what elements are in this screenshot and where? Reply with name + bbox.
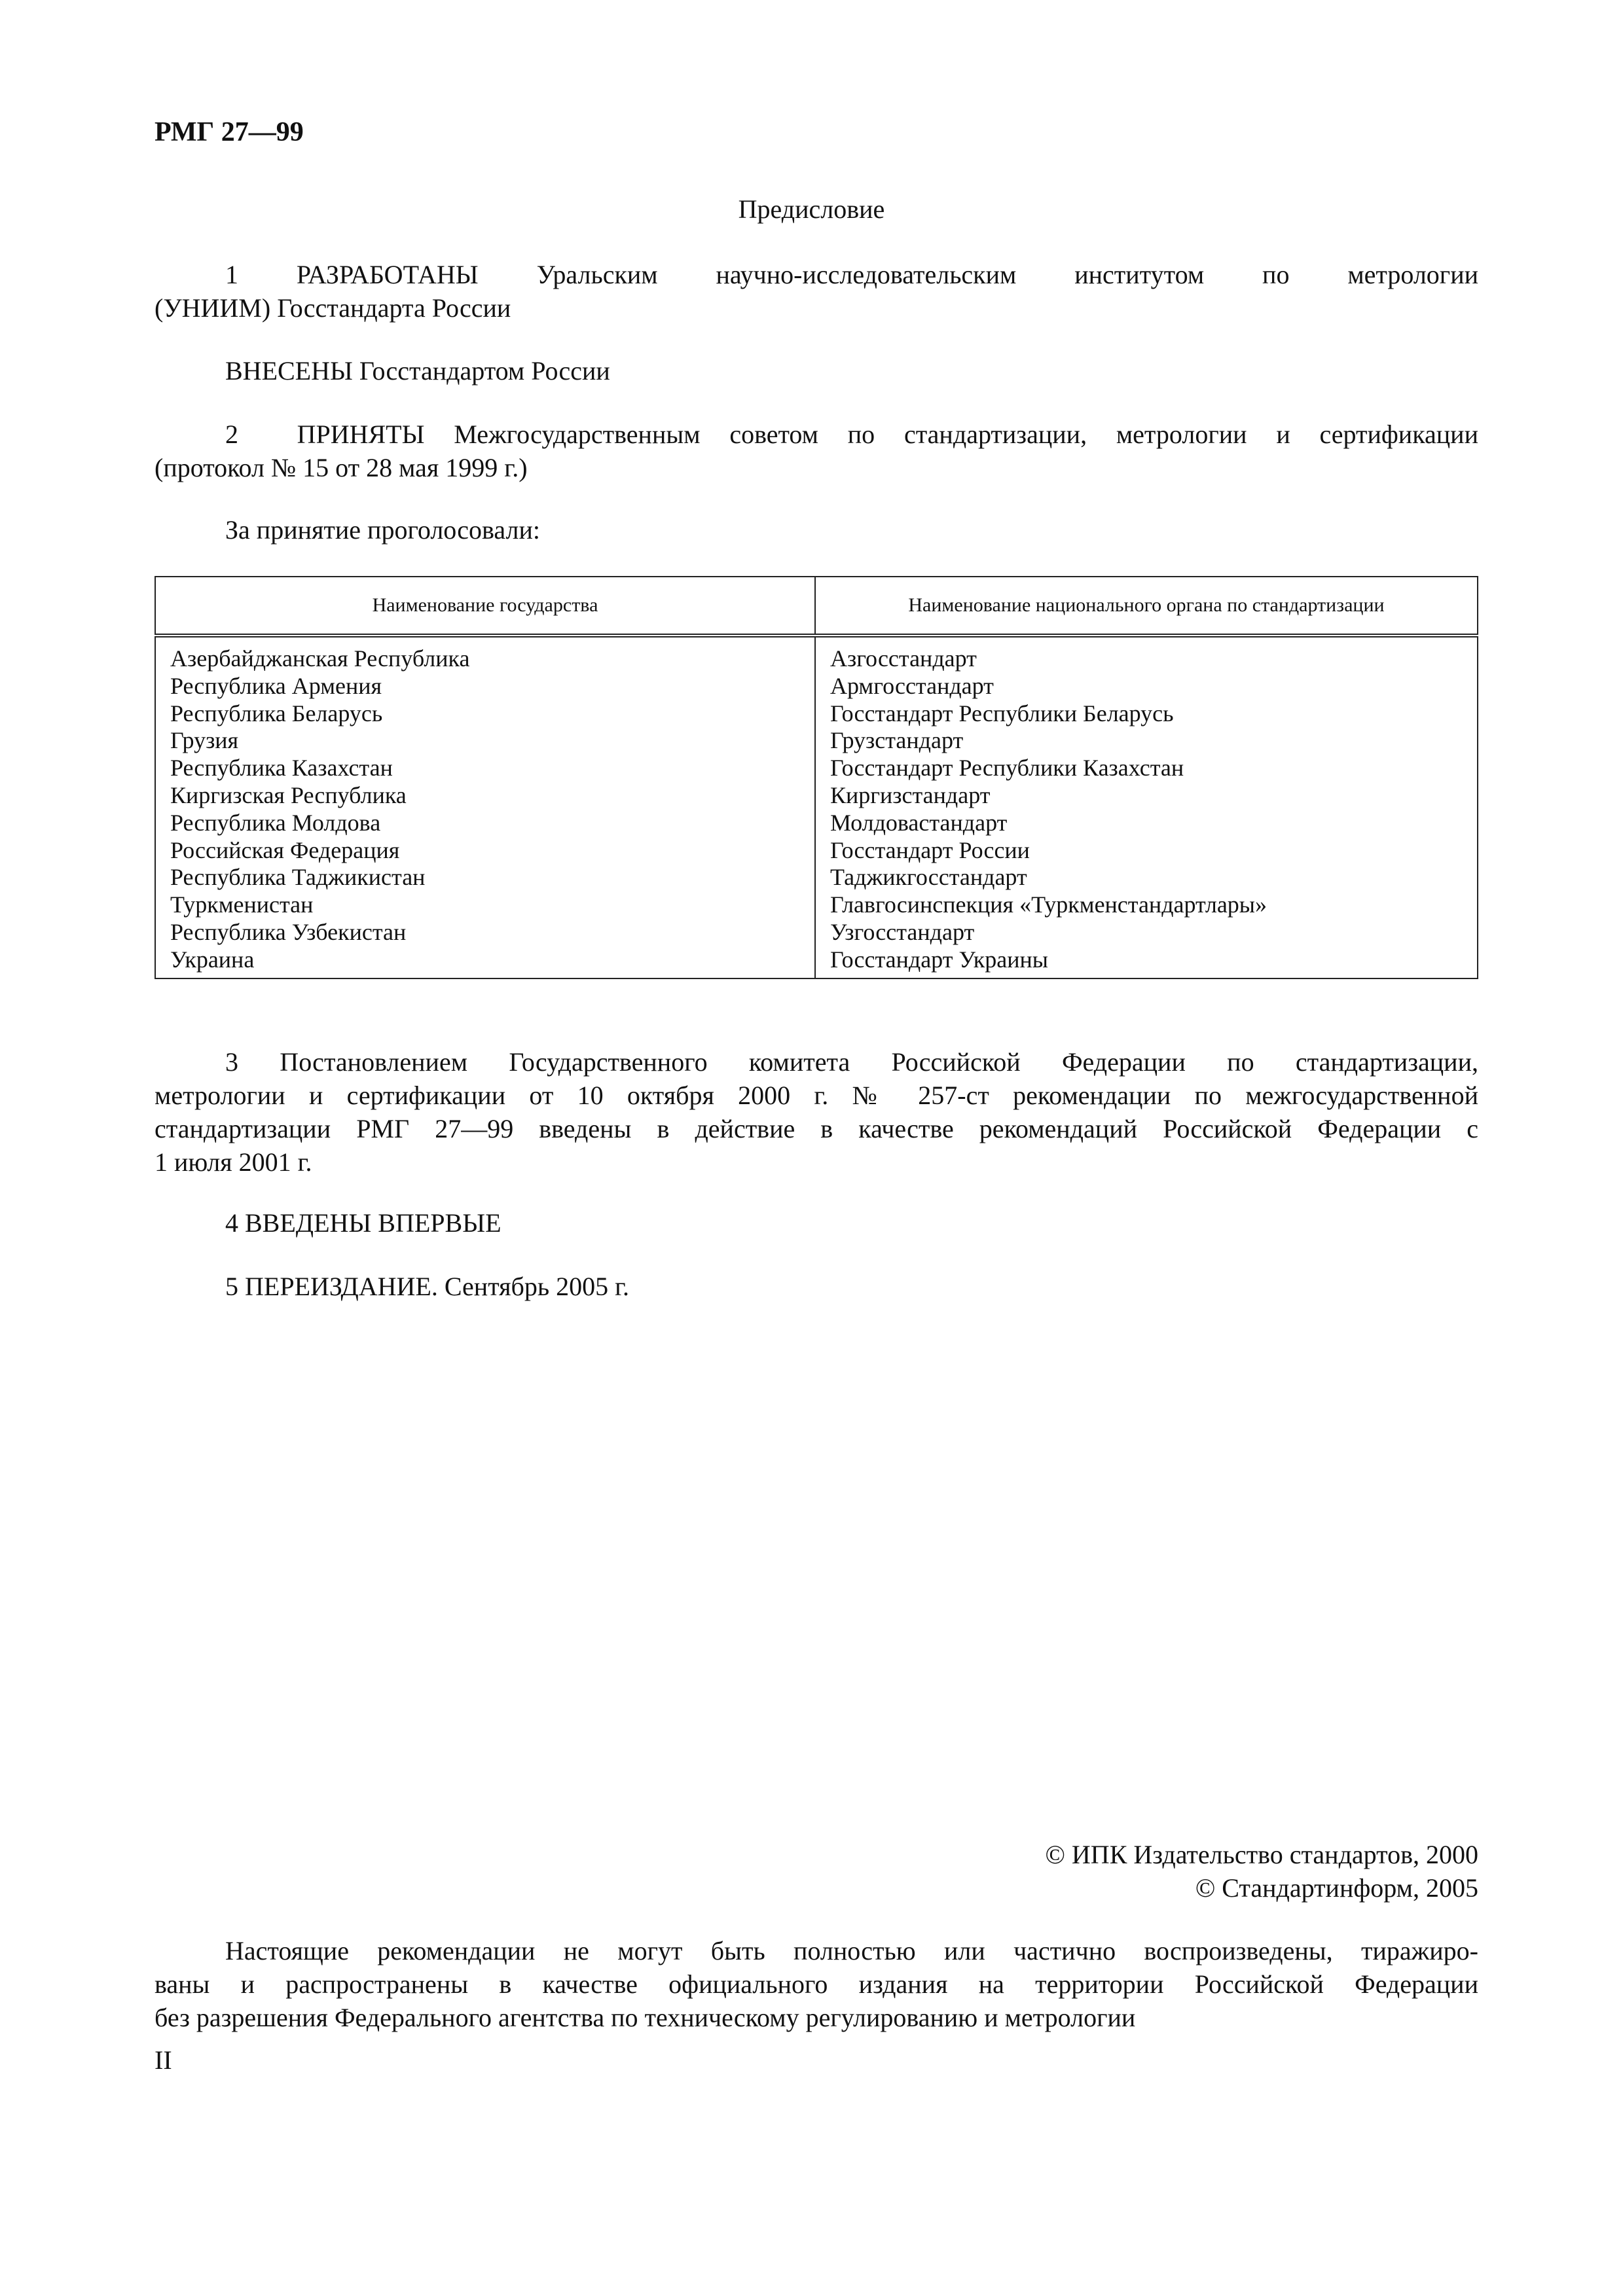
table-cell-standards-body: Госстандарт Республики Казахстан <box>830 755 1463 782</box>
table-cell-state: Украина <box>170 946 800 974</box>
table-cell-state: Республика Узбекистан <box>170 919 800 946</box>
item-2-number: 2 <box>225 420 238 449</box>
table-cell-standards-body: Грузстандарт <box>830 727 1463 755</box>
item-1-line-1: 1 РАЗРАБОТАНЫ Уральским научно-исследова… <box>155 258 1478 291</box>
item-2-line-2: (протокол № 15 от 28 мая 1999 г.) <box>155 451 1478 484</box>
table-cell-state: Российская Федерация <box>170 837 800 865</box>
table-cell-state: Киргизская Республика <box>170 782 800 810</box>
item-1-number: 1 <box>225 260 238 289</box>
table-cell-standards-body: Главгосинспекция «Туркменстандартлары» <box>830 891 1463 919</box>
states-column: Азербайджанская Республика Республика Ар… <box>155 636 815 978</box>
item-1-keyword: РАЗРАБОТАНЫ <box>297 260 479 289</box>
table-cell-standards-body: Азгосстандарт <box>830 645 1463 673</box>
notice-line-2: ваны и распространены в качестве официал… <box>155 1967 1478 2001</box>
voting-table: Наименование государства Наименование на… <box>155 576 1478 979</box>
copyright-line-2: © Стандартинформ, 2005 <box>1046 1871 1478 1905</box>
table-header-standards-body: Наименование национального органа по ста… <box>815 577 1478 636</box>
table-cell-standards-body: Госстандарт Республики Беларусь <box>830 700 1463 728</box>
table-header-row: Наименование государства Наименование на… <box>155 577 1478 636</box>
voted-label: За принятие проголосовали: <box>225 513 540 547</box>
table-cell-state: Туркменистан <box>170 891 800 919</box>
table-cell-standards-body: Таджикгосстандарт <box>830 864 1463 891</box>
notice-line-1: Настоящие рекомендации не могут быть пол… <box>155 1934 1478 1967</box>
item-5-reissue: 5 ПЕРЕИЗДАНИЕ. Сентябрь 2005 г. <box>225 1270 629 1303</box>
item-3-line-4: 1 июля 2001 г. <box>155 1145 1478 1179</box>
introduced-keyword: ВНЕСЕНЫ <box>225 356 353 386</box>
table-cell-state: Грузия <box>170 727 800 755</box>
table-cell-standards-body: Киргизстандарт <box>830 782 1463 810</box>
document-code: РМГ 27—99 <box>155 117 304 148</box>
item-3-line-1: 3 Постановлением Государственного комите… <box>155 1045 1478 1079</box>
reproduction-notice: Настоящие рекомендации не могут быть пол… <box>155 1934 1478 2034</box>
item-2-line-1: 2 ПРИНЯТЫ Межгосударственным советом по … <box>155 418 1478 451</box>
section-title: Предисловие <box>0 194 1623 224</box>
item-3-line-2: метрологии и сертификации от 10 октября … <box>155 1079 1478 1112</box>
item-3-line-3: стандартизации РМГ 27—99 введены в дейст… <box>155 1112 1478 1145</box>
item-4-first-introduced: 4 ВВЕДЕНЫ ВПЕРВЫЕ <box>225 1206 501 1240</box>
table-header-state: Наименование государства <box>155 577 815 636</box>
table-cell-state: Республика Молдова <box>170 810 800 837</box>
table-cell-standards-body: Молдовастандарт <box>830 810 1463 837</box>
table-cell-state: Республика Таджикистан <box>170 864 800 891</box>
page-number: II <box>155 2045 172 2075</box>
item-2-keyword: ПРИНЯТЫ <box>297 420 425 449</box>
table-cell-state: Республика Армения <box>170 673 800 700</box>
table-cell-standards-body: Узгосстандарт <box>830 919 1463 946</box>
table-cell-state: Республика Беларусь <box>170 700 800 728</box>
copyright-line-1: © ИПК Издательство стандартов, 2000 <box>1046 1838 1478 1871</box>
notice-line-3: без разрешения Федерального агентства по… <box>155 2001 1478 2034</box>
notice-text-1: Настоящие рекомендации не могут быть пол… <box>225 1936 1478 1965</box>
item-1-line-2: (УНИИМ) Госстандарта России <box>155 291 1478 325</box>
item-1-text: Уральским научно-исследовательским инсти… <box>537 260 1478 289</box>
table-cell-standards-body: Госстандарт Украины <box>830 946 1463 974</box>
copyright-block: © ИПК Издательство стандартов, 2000 © Ст… <box>1046 1838 1478 1905</box>
introduced-text: Госстандартом России <box>359 356 610 386</box>
item-2-text: Межгосударственным советом по стандартиз… <box>454 420 1478 449</box>
introduced-by: ВНЕСЕНЫ Госстандартом России <box>225 354 610 387</box>
item-1-developed: 1 РАЗРАБОТАНЫ Уральским научно-исследова… <box>155 258 1478 325</box>
item-3-text-1: 3 Постановлением Государственного комите… <box>225 1047 1478 1077</box>
item-3-resolution: 3 Постановлением Государственного комите… <box>155 1045 1478 1179</box>
table-cell-state: Республика Казахстан <box>170 755 800 782</box>
table-cell-standards-body: Госстандарт России <box>830 837 1463 865</box>
table-cell-state: Азербайджанская Республика <box>170 645 800 673</box>
standards-bodies-column: Азгосстандарт Армгосстандарт Госстандарт… <box>815 636 1478 978</box>
table-cell-standards-body: Армгосстандарт <box>830 673 1463 700</box>
item-2-adopted: 2 ПРИНЯТЫ Межгосударственным советом по … <box>155 418 1478 484</box>
